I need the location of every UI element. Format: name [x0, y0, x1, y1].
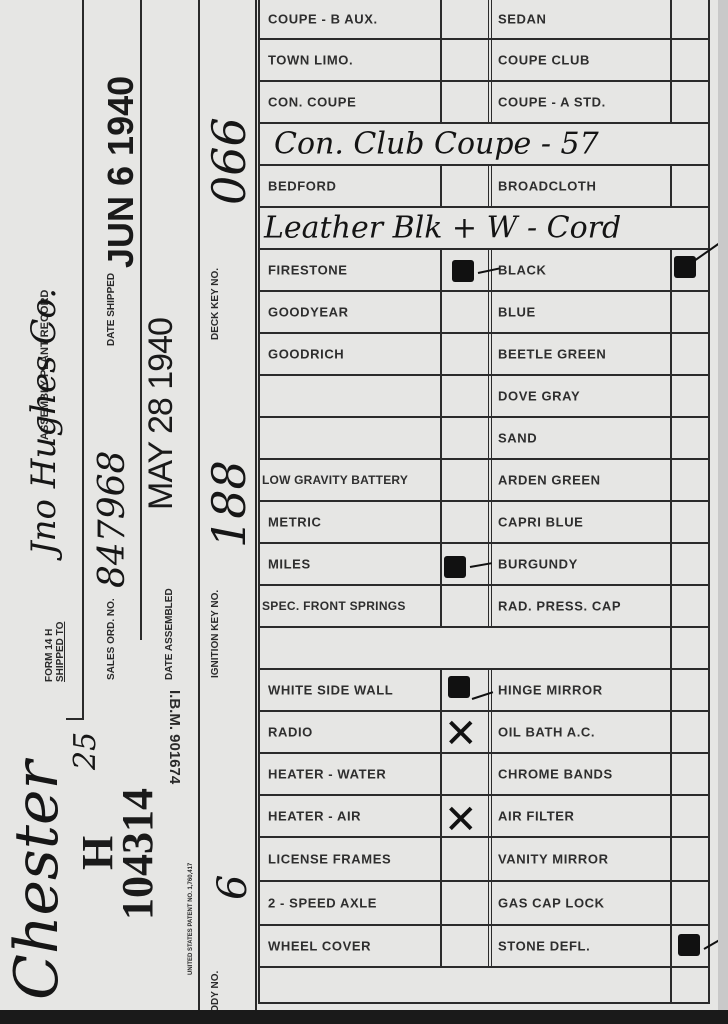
option-cell[interactable]: HEATER - AIR	[258, 796, 440, 836]
check-box[interactable]	[440, 292, 488, 332]
date-shipped-label: DATE SHIPPED	[106, 273, 117, 346]
check-box[interactable]	[670, 926, 710, 966]
option-cell[interactable]: COUPE - B AUX.	[258, 0, 440, 38]
strip-divider-1	[82, 0, 84, 720]
option-cell[interactable]: 2 - SPEED AXLE	[258, 882, 440, 924]
ignition-key-no-label: IGNITION KEY NO.	[210, 590, 221, 678]
grid-row: DOVE GRAY	[258, 376, 710, 418]
option-label: BEETLE GREEN	[498, 347, 606, 362]
deck-key-no-label: DECK KEY NO.	[210, 268, 221, 340]
option-label: TOWN LIMO.	[268, 53, 353, 68]
check-box[interactable]	[670, 796, 710, 836]
option-cell[interactable]: WHEEL COVER	[258, 926, 440, 966]
check-box[interactable]	[440, 754, 488, 794]
deck-key-no-value: 066	[202, 117, 256, 205]
check-box[interactable]	[670, 292, 710, 332]
option-label: AIR FILTER	[498, 809, 575, 824]
option-cell[interactable]: BEETLE GREEN	[488, 334, 670, 374]
x-mark-icon: ✕	[444, 800, 478, 840]
date-shipped-value: JUN 6 1940	[100, 76, 142, 268]
option-cell[interactable]: BEDFORD	[258, 166, 440, 206]
check-box[interactable]	[440, 882, 488, 924]
check-box[interactable]	[670, 82, 710, 122]
option-label: BROADCLOTH	[498, 179, 596, 194]
option-cell[interactable]: BURGUNDY	[488, 544, 670, 584]
option-label: RAD. PRESS. CAP	[498, 599, 621, 614]
form-underline	[66, 718, 82, 720]
grid-row: TOWN LIMO. COUPE CLUB	[258, 40, 710, 82]
handwritten-body-type: Con. Club Coupe - 57	[274, 127, 599, 162]
grid-row-blank	[258, 968, 710, 1004]
check-box[interactable]	[670, 334, 710, 374]
check-box[interactable]	[670, 628, 710, 668]
option-label: RADIO	[268, 725, 313, 740]
check-box[interactable]	[670, 544, 710, 584]
option-label: LICENSE FRAMES	[268, 852, 391, 867]
option-label: VANITY MIRROR	[498, 852, 609, 867]
option-label: BLACK	[498, 263, 547, 278]
grid-row: BEDFORD BROADCLOTH	[258, 166, 710, 208]
check-box[interactable]	[440, 0, 488, 38]
check-box[interactable]	[440, 40, 488, 80]
grid-row-blank	[258, 628, 710, 670]
option-label: DOVE GRAY	[498, 389, 580, 404]
grid-row: METRIC CAPRI BLUE	[258, 502, 710, 544]
option-cell[interactable]: TOWN LIMO.	[258, 40, 440, 80]
handwritten-upholstery: Leather Blk + W - Cord	[264, 211, 621, 246]
option-label: BEDFORD	[268, 179, 336, 194]
option-label: SPEC. FRONT SPRINGS	[262, 599, 406, 613]
grid-row: CON. COUPE COUPE - A STD.	[258, 82, 710, 124]
option-label: MILES	[268, 557, 311, 572]
assembly-plant-record-card: FORM 14 HSHIPPED TO Assembly Plant Recor…	[0, 0, 720, 1010]
form-number-label: FORM 14 HSHIPPED TO	[44, 622, 66, 682]
check-box[interactable]	[670, 754, 710, 794]
grid-row: COUPE - B AUX. SEDAN	[258, 0, 710, 40]
photo-bottom-edge	[0, 1010, 728, 1024]
option-cell[interactable]: BLUE	[488, 292, 670, 332]
shipped-to-label: SHIPPED TO	[55, 622, 66, 682]
option-cell[interactable]: COUPE - A STD.	[488, 82, 670, 122]
grid-row: RADIO ✕ OIL BATH A.C.	[258, 712, 710, 754]
option-label: ARDEN GREEN	[498, 473, 601, 488]
grid-row: HEATER - AIR ✕ AIR FILTER	[258, 796, 710, 838]
check-box[interactable]	[440, 166, 488, 206]
option-label: LOW GRAVITY BATTERY	[262, 473, 408, 487]
check-box[interactable]	[670, 0, 710, 38]
option-cell[interactable]: METRIC	[258, 502, 440, 542]
option-cell[interactable]: HEATER - WATER	[258, 754, 440, 794]
dealer-signature: Chester	[2, 761, 72, 1000]
option-label: CAPRI BLUE	[498, 515, 583, 530]
check-box[interactable]	[670, 882, 710, 924]
sales-ord-no-value: 847968	[92, 451, 133, 588]
option-cell[interactable]: RAD. PRESS. CAP	[488, 586, 670, 626]
grid-row: 2 - SPEED AXLE GAS CAP LOCK	[258, 882, 710, 926]
grid-row: LICENSE FRAMES VANITY MIRROR	[258, 838, 710, 882]
option-cell[interactable]: DOVE GRAY	[488, 376, 670, 416]
check-box[interactable]	[670, 968, 710, 1002]
body-type-entry[interactable]: Con. Club Coupe - 57	[258, 124, 710, 164]
option-cell[interactable]: ARDEN GREEN	[488, 460, 670, 500]
option-label: OIL BATH A.C.	[498, 725, 595, 740]
grid-row: HEATER - WATER CHROME BANDS	[258, 754, 710, 796]
option-label: COUPE CLUB	[498, 53, 590, 68]
option-label: COUPE - B AUX.	[268, 12, 378, 27]
grid-row: GOODRICH BEETLE GREEN	[258, 334, 710, 376]
option-label: SAND	[498, 431, 537, 446]
check-box[interactable]	[670, 418, 710, 458]
option-cell[interactable]: LICENSE FRAMES	[258, 838, 440, 880]
check-box[interactable]	[440, 460, 488, 500]
date-assembled-value: MAY 28 1940	[142, 318, 181, 510]
check-box[interactable]	[670, 670, 710, 710]
option-cell[interactable]: CHROME BANDS	[488, 754, 670, 794]
check-box[interactable]	[440, 250, 488, 290]
grid-row-handwritten: Leather Blk + W - Cord	[258, 208, 710, 250]
option-cell[interactable]: SPEC. FRONT SPRINGS	[258, 586, 440, 626]
upholstery-entry[interactable]: Leather Blk + W - Cord	[258, 208, 710, 248]
options-grid: COUPE - B AUX. SEDAN TOWN LIMO. COUPE CL…	[258, 0, 710, 1000]
grid-row: WHITE SIDE WALL HINGE MIRROR	[258, 670, 710, 712]
ibm-number: I.B.M. 901674	[169, 690, 180, 784]
shipped-to-value: Jno Hughes Co.	[24, 288, 64, 555]
ignition-key-no-value: 188	[202, 460, 256, 548]
option-label: METRIC	[268, 515, 321, 530]
check-box[interactable]	[440, 502, 488, 542]
option-cell[interactable]: STONE DEFL.	[488, 926, 670, 966]
check-box[interactable]	[440, 926, 488, 966]
grid-row: LOW GRAVITY BATTERY ARDEN GREEN	[258, 460, 710, 502]
check-box[interactable]	[440, 376, 488, 416]
body-no-value: 6	[210, 875, 256, 900]
option-label: GOODRICH	[268, 347, 344, 362]
check-box[interactable]	[670, 502, 710, 542]
option-cell[interactable]: AIR FILTER	[488, 796, 670, 836]
check-box[interactable]: ✕	[440, 712, 488, 752]
check-box[interactable]	[670, 460, 710, 500]
blank-entry[interactable]	[258, 628, 710, 668]
grid-row: SPEC. FRONT SPRINGS RAD. PRESS. CAP	[258, 586, 710, 628]
option-label: CHROME BANDS	[498, 767, 613, 782]
option-label: HINGE MIRROR	[498, 683, 603, 698]
option-label: SEDAN	[498, 12, 547, 27]
option-label: 2 - SPEED AXLE	[268, 896, 377, 911]
option-cell[interactable]: MILES	[258, 544, 440, 584]
check-box[interactable]	[670, 712, 710, 752]
option-label: HEATER - AIR	[268, 809, 361, 824]
filled-mark-icon	[448, 676, 470, 698]
x-mark-icon: ✕	[444, 714, 478, 754]
option-cell[interactable]: FIRESTONE	[258, 250, 440, 290]
check-box[interactable]	[440, 586, 488, 626]
option-cell[interactable]	[258, 376, 440, 416]
option-cell[interactable]: OIL BATH A.C.	[488, 712, 670, 752]
strip-divider-3	[198, 0, 200, 1010]
option-label: COUPE - A STD.	[498, 95, 606, 110]
check-box[interactable]	[440, 334, 488, 374]
option-label: FIRESTONE	[268, 263, 348, 278]
option-label: BLUE	[498, 305, 536, 320]
option-label: GOODYEAR	[268, 305, 349, 320]
grid-row: SAND	[258, 418, 710, 460]
option-cell[interactable]: LOW GRAVITY BATTERY	[258, 460, 440, 500]
grid-row-handwritten: Con. Club Coupe - 57	[258, 124, 710, 166]
option-label: GAS CAP LOCK	[498, 896, 605, 911]
option-cell[interactable]: HINGE MIRROR	[488, 670, 670, 710]
option-cell[interactable]: CON. COUPE	[258, 82, 440, 122]
option-label: HEATER - WATER	[268, 767, 386, 782]
check-box[interactable]	[440, 838, 488, 880]
check-box[interactable]	[670, 40, 710, 80]
blank-entry[interactable]	[258, 968, 710, 1002]
check-box[interactable]	[440, 82, 488, 122]
check-box[interactable]	[670, 166, 710, 206]
option-label: WHITE SIDE WALL	[268, 683, 393, 698]
filled-mark-icon	[678, 934, 700, 956]
photo-edge	[718, 0, 728, 1024]
check-box[interactable]	[670, 250, 710, 290]
option-cell[interactable]: BLACK	[488, 250, 670, 290]
option-cell[interactable]: BROADCLOTH	[488, 166, 670, 206]
option-cell[interactable]: CAPRI BLUE	[488, 502, 670, 542]
option-cell[interactable]: GOODRICH	[258, 334, 440, 374]
check-box[interactable]	[440, 418, 488, 458]
check-box[interactable]	[440, 670, 488, 710]
check-box[interactable]: ✕	[440, 796, 488, 836]
option-cell[interactable]: SAND	[488, 418, 670, 458]
serial-prefix: H	[72, 836, 123, 870]
grid-row: GOODYEAR BLUE	[258, 292, 710, 334]
option-label: BURGUNDY	[498, 557, 578, 572]
option-cell[interactable]: GOODYEAR	[258, 292, 440, 332]
option-cell[interactable]: SEDAN	[488, 0, 670, 38]
option-cell[interactable]: WHITE SIDE WALL	[258, 670, 440, 710]
option-label: STONE DEFL.	[498, 939, 590, 954]
check-box[interactable]	[670, 838, 710, 880]
option-cell[interactable]: RADIO	[258, 712, 440, 752]
option-cell[interactable]: GAS CAP LOCK	[488, 882, 670, 924]
option-label: CON. COUPE	[268, 95, 356, 110]
option-label: WHEEL COVER	[268, 939, 371, 954]
filled-mark-icon	[452, 260, 474, 282]
date-assembled-label: DATE ASSEMBLED	[164, 588, 175, 680]
sales-ord-no-label: SALES ORD. NO.	[106, 598, 117, 680]
option-cell[interactable]: VANITY MIRROR	[488, 838, 670, 880]
option-cell[interactable]	[258, 418, 440, 458]
check-box[interactable]	[670, 376, 710, 416]
serial-superscript: 25	[68, 732, 103, 770]
check-box[interactable]	[670, 586, 710, 626]
patent-text: UNITED STATES PATENT NO. 1,760,417	[186, 863, 197, 975]
option-cell[interactable]: COUPE CLUB	[488, 40, 670, 80]
grid-row: WHEEL COVER STONE DEFL.	[258, 926, 710, 968]
filled-mark-icon	[444, 556, 466, 578]
